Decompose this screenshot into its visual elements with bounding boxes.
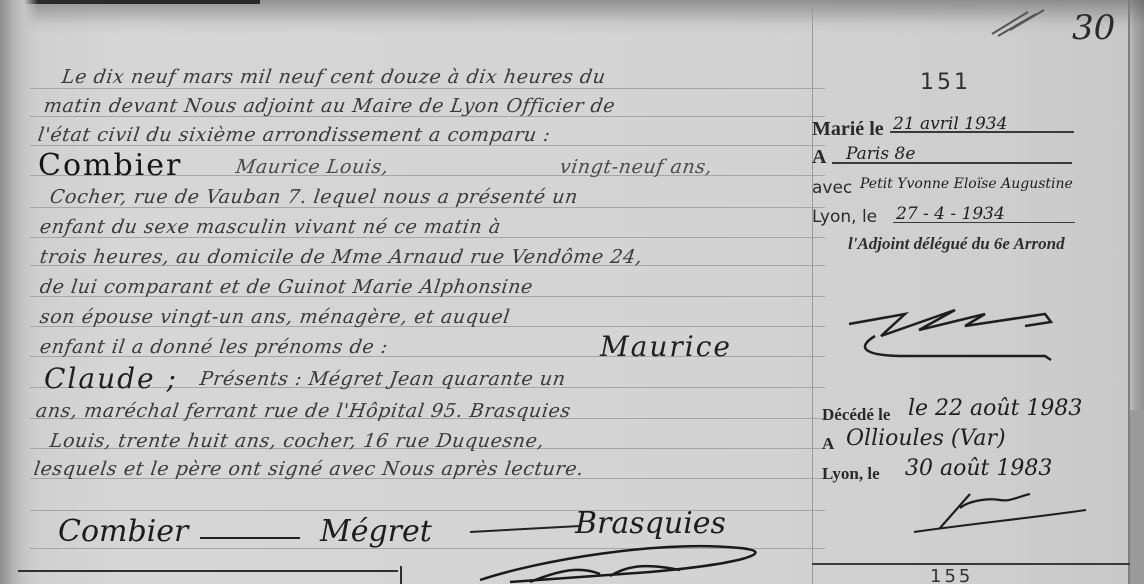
- death-place-label: A: [822, 434, 834, 454]
- rule-line: [30, 88, 825, 89]
- father-given-names: Maurice Louis,: [234, 156, 390, 178]
- child-second-name: Claude ;: [44, 362, 178, 395]
- body-line-14: lesquels et le père ont signé avec Nous …: [32, 458, 585, 480]
- body-line-7: trois heures, au domicile de Mme Arnaud …: [38, 246, 644, 268]
- father-surname: Combier: [38, 148, 182, 183]
- death-record-date: 30 août 1983: [905, 456, 1052, 481]
- body-line-3: l'état civil du sixième arrondissement a…: [36, 124, 552, 146]
- body-line-2: matin devant Nous adjoint au Maire de Ly…: [42, 95, 616, 117]
- marriage-record-line: [893, 222, 1075, 223]
- signature-father: Combier: [58, 514, 188, 549]
- officer-signature-icon: [180, 520, 780, 584]
- marriage-place: Paris 8e: [846, 144, 915, 164]
- marriage-label: Marié le: [812, 118, 884, 141]
- marriage-spouse: Petit Yvonne Eloïse Augustine: [860, 176, 1073, 192]
- margin-column-divider: [812, 0, 813, 584]
- death-officer-signature-icon: [910, 480, 1100, 540]
- page-top-shadow: [0, 0, 1144, 34]
- marriage-place-line: [832, 162, 1072, 164]
- scanned-register-page: 30 151 Le dix neuf mars mil neuf cent do…: [0, 0, 1144, 584]
- witnesses-line: Présents : Mégret Jean quarante un: [198, 368, 567, 390]
- death-place: Ollioules (Var): [846, 426, 1006, 451]
- bottom-divider: [400, 566, 402, 584]
- body-line-8: de lui comparant et de Guinot Marie Alph…: [38, 276, 534, 298]
- marriage-lyon-label: Lyon, le: [812, 207, 877, 227]
- marriage-spouse-label: avec: [812, 178, 852, 198]
- death-lyon-label: Lyon, le: [822, 464, 880, 484]
- folio-mark-icon: [988, 8, 1060, 38]
- death-label: Décédé le: [822, 405, 890, 425]
- body-line-9: son épouse vingt-un ans, ménagère, et au…: [38, 306, 511, 328]
- father-age: vingt-neuf ans,: [558, 156, 714, 178]
- marriage-place-label: A: [812, 146, 826, 169]
- adjoint-signature-icon: [845, 300, 1085, 360]
- body-line-1: Le dix neuf mars mil neuf cent douze à d…: [60, 66, 607, 88]
- page-top-edge: [0, 0, 260, 4]
- child-given-name: Maurice: [600, 330, 732, 363]
- death-date: le 22 août 1983: [908, 396, 1082, 421]
- folio-number: 30: [1072, 8, 1115, 48]
- body-line-12: ans, maréchal ferrant rue de l'Hôpital 9…: [34, 400, 572, 422]
- body-line-6: enfant du sexe masculin vivant né ce mat…: [38, 216, 502, 238]
- page-edge-tab: [1130, 410, 1144, 584]
- marriage-signatory-title: l'Adjoint délégué du 6e Arrond: [848, 234, 1065, 254]
- entry-number: 151: [920, 70, 971, 95]
- body-line-13: Louis, trente huit ans, cocher, 16 rue D…: [48, 430, 545, 452]
- child-names-prefix: enfant il a donné les prénoms de :: [38, 336, 389, 358]
- marriage-record-date: 27 - 4 - 1934: [896, 204, 1005, 224]
- next-entry-number: 155: [930, 566, 973, 584]
- body-line-5: Cocher, rue de Vauban 7. lequel nous a p…: [48, 186, 579, 208]
- marriage-date-line: [890, 131, 1074, 133]
- bottom-rule: [18, 570, 398, 572]
